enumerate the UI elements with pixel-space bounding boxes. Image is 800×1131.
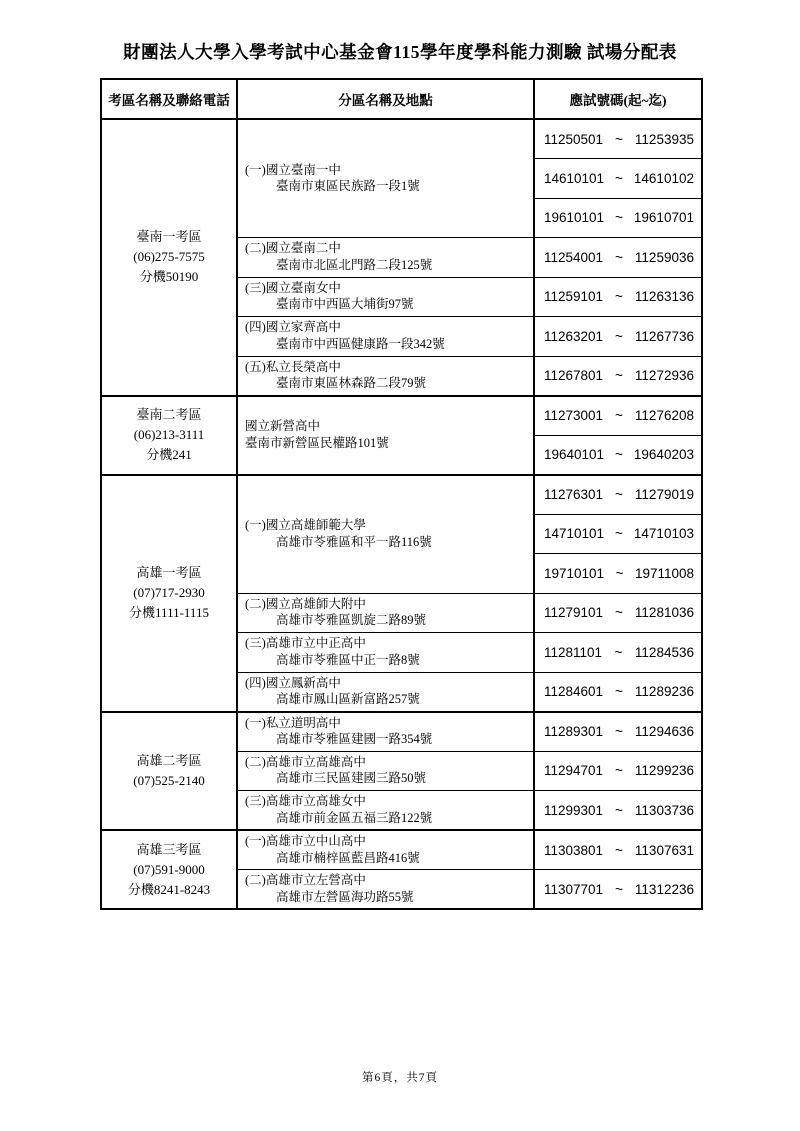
range-cell: 11254001~11259036 xyxy=(534,238,702,278)
range-wrap: 11263201~11267736 xyxy=(535,329,701,344)
range-wrap: 11276301~11279019 xyxy=(535,487,701,502)
allocation-table-body: 臺南一考區(06)275-7575分機50190(一)國立臺南一中臺南市東區民族… xyxy=(101,119,702,909)
venue-cell: (三)高雄市立中正高中高雄市苓雅區中正一路8號 xyxy=(237,633,534,673)
range-tilde: ~ xyxy=(615,724,623,739)
venue-address: 高雄市左營區海功路55號 xyxy=(245,889,529,906)
range-start: 11289301 xyxy=(544,724,603,739)
district-name: 高雄二考區 xyxy=(102,751,236,771)
venue-name: (二)國立高雄師大附中 xyxy=(245,596,529,613)
range-tilde: ~ xyxy=(615,763,623,778)
venue-name: (一)國立高雄師範大學 xyxy=(245,517,529,534)
range-start: 11279101 xyxy=(544,605,603,620)
range-cell: 11294701~11299236 xyxy=(534,751,702,791)
range-cell: 11289301~11294636 xyxy=(534,712,702,752)
venue-name: (二)國立臺南二中 xyxy=(245,240,529,257)
range-tilde: ~ xyxy=(615,605,623,620)
range-start: 19640101 xyxy=(544,447,604,462)
range-start: 11303801 xyxy=(544,843,603,858)
range-cell: 11279101~11281036 xyxy=(534,593,702,633)
range-end: 11253935 xyxy=(635,132,694,147)
range-cell: 11259101~11263136 xyxy=(534,277,702,317)
venue-address: 臺南市北區北門路二段125號 xyxy=(245,257,529,274)
range-cell: 11250501~11253935 xyxy=(534,119,702,159)
range-wrap: 11267801~11272936 xyxy=(535,368,701,383)
range-end: 11272936 xyxy=(635,368,694,383)
venue-name: (三)高雄市立高雄女中 xyxy=(245,793,529,810)
range-tilde: ~ xyxy=(615,408,623,423)
district-name: 臺南二考區 xyxy=(102,405,236,425)
range-wrap: 11250501~11253935 xyxy=(535,132,701,147)
range-cell: 11273001~11276208 xyxy=(534,396,702,436)
range-tilde: ~ xyxy=(615,803,623,818)
venue-address: 高雄市苓雅區凱旋二路89號 xyxy=(245,612,529,629)
venue-name: (三)高雄市立中正高中 xyxy=(245,635,529,652)
range-cell: 11281101~11284536 xyxy=(534,633,702,673)
venue-cell: (二)國立臺南二中臺南市北區北門路二段125號 xyxy=(237,238,534,278)
range-end: 11267736 xyxy=(635,329,694,344)
range-tilde: ~ xyxy=(615,843,623,858)
table-row: 高雄一考區(07)717-2930分機1111-1115(一)國立高雄師範大學高… xyxy=(101,475,702,515)
venue-name: 國立新營高中 xyxy=(245,418,529,435)
range-wrap: 19610101~19610701 xyxy=(535,210,701,225)
range-start: 19610101 xyxy=(544,210,604,225)
page-footer: 第6頁，共7頁 xyxy=(0,1069,800,1085)
venue-cell: (二)國立高雄師大附中高雄市苓雅區凱旋二路89號 xyxy=(237,593,534,633)
venue-address: 高雄市鳳山區新富路257號 xyxy=(245,691,529,708)
district-phone: (07)717-2930 xyxy=(102,583,236,603)
district-phone: (06)275-7575 xyxy=(102,247,236,267)
range-end: 11284536 xyxy=(635,645,694,660)
range-cell: 19610101~19610701 xyxy=(534,198,702,238)
range-start: 11281101 xyxy=(544,645,602,660)
range-end: 19640203 xyxy=(634,447,694,462)
range-wrap: 11289301~11294636 xyxy=(535,724,701,739)
range-tilde: ~ xyxy=(615,645,623,660)
range-start: 11284601 xyxy=(544,684,603,699)
range-end: 11299236 xyxy=(635,763,694,778)
range-start: 11273001 xyxy=(544,408,603,423)
range-tilde: ~ xyxy=(615,882,623,897)
range-end: 11294636 xyxy=(635,724,694,739)
range-tilde: ~ xyxy=(615,132,623,147)
range-wrap: 11279101~11281036 xyxy=(535,605,701,620)
range-tilde: ~ xyxy=(615,210,623,225)
range-end: 11263136 xyxy=(635,289,694,304)
range-tilde: ~ xyxy=(615,289,623,304)
district-extension: 分機1111-1115 xyxy=(102,603,236,623)
venue-name: (三)國立臺南女中 xyxy=(245,280,529,297)
district-name: 高雄三考區 xyxy=(102,840,236,860)
header-cell-district: 考區名稱及聯絡電話 xyxy=(101,79,237,119)
district-phone: (07)591-9000 xyxy=(102,860,236,880)
venue-cell: (五)私立長榮高中臺南市東區林森路二段79號 xyxy=(237,356,534,396)
venue-address: 臺南市東區民族路一段1號 xyxy=(245,178,529,195)
header-cell-numbers: 應試號碼(起~迄) xyxy=(534,79,702,119)
range-tilde: ~ xyxy=(615,684,623,699)
venue-name: (一)私立道明高中 xyxy=(245,715,529,732)
venue-cell: (四)國立鳳新高中高雄市鳳山區新富路257號 xyxy=(237,672,534,712)
range-tilde: ~ xyxy=(615,447,623,462)
range-wrap: 11281101~11284536 xyxy=(535,645,701,660)
header-cell-venue: 分區名稱及地點 xyxy=(237,79,534,119)
district-phone: (07)525-2140 xyxy=(102,771,236,791)
range-end: 11276208 xyxy=(635,408,694,423)
range-start: 11250501 xyxy=(544,132,603,147)
range-wrap: 11307701~11312236 xyxy=(535,882,701,897)
range-cell: 11276301~11279019 xyxy=(534,475,702,515)
district-cell: 高雄一考區(07)717-2930分機1111-1115 xyxy=(101,475,237,712)
range-wrap: 11299301~11303736 xyxy=(535,803,701,818)
range-end: 11281036 xyxy=(635,605,694,620)
range-start: 14610101 xyxy=(544,171,604,186)
range-cell: 19640101~19640203 xyxy=(534,435,702,475)
range-end: 11307631 xyxy=(635,843,694,858)
venue-address: 臺南市中西區健康路一段342號 xyxy=(245,336,529,353)
range-wrap: 11259101~11263136 xyxy=(535,289,701,304)
district-name: 臺南一考區 xyxy=(102,227,236,247)
range-wrap: 11294701~11299236 xyxy=(535,763,701,778)
range-cell: 14710101~14710103 xyxy=(534,514,702,554)
table-row: 臺南一考區(06)275-7575分機50190(一)國立臺南一中臺南市東區民族… xyxy=(101,119,702,159)
venue-name: (一)高雄市立中山高中 xyxy=(245,833,529,850)
venue-address: 高雄市苓雅區中正一路8號 xyxy=(245,652,529,669)
venue-address: 高雄市苓雅區建國一路354號 xyxy=(245,731,529,748)
range-start: 11294701 xyxy=(544,763,603,778)
range-tilde: ~ xyxy=(615,487,623,502)
range-end: 11259036 xyxy=(635,250,694,265)
range-wrap: 14710101~14710103 xyxy=(535,526,701,541)
venue-address: 高雄市前金區五福三路122號 xyxy=(245,810,529,827)
venue-address: 高雄市苓雅區和平一路116號 xyxy=(245,534,529,551)
range-cell: 11303801~11307631 xyxy=(534,830,702,870)
range-end: 19711008 xyxy=(635,566,694,581)
district-cell: 臺南一考區(06)275-7575分機50190 xyxy=(101,119,237,396)
venue-cell: 國立新營高中臺南市新營區民權路101號 xyxy=(237,396,534,475)
range-tilde: ~ xyxy=(615,250,623,265)
range-tilde: ~ xyxy=(615,526,623,541)
venue-name: (五)私立長榮高中 xyxy=(245,359,529,376)
venue-address: 臺南市東區林森路二段79號 xyxy=(245,375,529,392)
venue-cell: (二)高雄市立高雄高中高雄市三民區建國三路50號 xyxy=(237,751,534,791)
range-end: 19610701 xyxy=(634,210,694,225)
page-container: 財團法人大學入學考試中心基金會115學年度學科能力測驗 試場分配表 考區名稱及聯… xyxy=(0,0,800,1131)
range-wrap: 14610101~14610102 xyxy=(535,171,701,186)
venue-cell: (三)高雄市立高雄女中高雄市前金區五福三路122號 xyxy=(237,791,534,831)
range-end: 14610102 xyxy=(634,171,694,186)
table-row: 高雄二考區(07)525-2140(一)私立道明高中高雄市苓雅區建國一路354號… xyxy=(101,712,702,752)
district-phone: (06)213-3111 xyxy=(102,425,236,445)
range-wrap: 19640101~19640203 xyxy=(535,447,701,462)
table-row: 臺南二考區(06)213-3111分機241國立新營高中臺南市新營區民權路101… xyxy=(101,396,702,436)
venue-cell: (一)國立臺南一中臺南市東區民族路一段1號 xyxy=(237,119,534,238)
range-cell: 14610101~14610102 xyxy=(534,159,702,199)
range-cell: 19710101~19711008 xyxy=(534,554,702,594)
district-extension: 分機8241-8243 xyxy=(102,880,236,900)
range-start: 11307701 xyxy=(544,882,603,897)
range-cell: 11307701~11312236 xyxy=(534,870,702,910)
range-end: 11303736 xyxy=(635,803,694,818)
range-start: 11263201 xyxy=(544,329,603,344)
district-name: 高雄一考區 xyxy=(102,563,236,583)
table-row: 高雄三考區(07)591-9000分機8241-8243(一)高雄市立中山高中高… xyxy=(101,830,702,870)
range-start: 19710101 xyxy=(544,566,604,581)
venue-cell: (三)國立臺南女中臺南市中西區大埔街97號 xyxy=(237,277,534,317)
venue-cell: (一)高雄市立中山高中高雄市楠梓區藍昌路416號 xyxy=(237,830,534,870)
district-extension: 分機50190 xyxy=(102,267,236,287)
range-start: 11259101 xyxy=(544,289,603,304)
venue-name: (二)高雄市立高雄高中 xyxy=(245,754,529,771)
range-tilde: ~ xyxy=(615,368,623,383)
venue-name: (四)國立家齊高中 xyxy=(245,319,529,336)
range-tilde: ~ xyxy=(615,329,623,344)
range-end: 11279019 xyxy=(635,487,694,502)
range-tilde: ~ xyxy=(615,171,623,186)
range-start: 11299301 xyxy=(544,803,603,818)
range-wrap: 11303801~11307631 xyxy=(535,843,701,858)
range-cell: 11284601~11289236 xyxy=(534,672,702,712)
venue-cell: (二)高雄市立左營高中高雄市左營區海功路55號 xyxy=(237,870,534,910)
venue-name: (四)國立鳳新高中 xyxy=(245,675,529,692)
document-title: 財團法人大學入學考試中心基金會115學年度學科能力測驗 試場分配表 xyxy=(0,39,800,64)
range-cell: 11267801~11272936 xyxy=(534,356,702,396)
range-wrap: 11254001~11259036 xyxy=(535,250,701,265)
range-end: 11312236 xyxy=(635,882,694,897)
district-extension: 分機241 xyxy=(102,445,236,465)
range-end: 11289236 xyxy=(635,684,694,699)
venue-address: 高雄市楠梓區藍昌路416號 xyxy=(245,850,529,867)
range-wrap: 11273001~11276208 xyxy=(535,408,701,423)
range-wrap: 11284601~11289236 xyxy=(535,684,701,699)
district-cell: 高雄二考區(07)525-2140 xyxy=(101,712,237,831)
range-wrap: 19710101~19711008 xyxy=(535,566,701,581)
range-start: 11267801 xyxy=(544,368,603,383)
venue-address: 臺南市新營區民權路101號 xyxy=(245,435,529,452)
exam-allocation-table: 考區名稱及聯絡電話 分區名稱及地點 應試號碼(起~迄) 臺南一考區(06)275… xyxy=(100,78,703,910)
range-cell: 11299301~11303736 xyxy=(534,791,702,831)
venue-address: 臺南市中西區大埔街97號 xyxy=(245,296,529,313)
district-cell: 高雄三考區(07)591-9000分機8241-8243 xyxy=(101,830,237,909)
venue-name: (一)國立臺南一中 xyxy=(245,162,529,179)
range-start: 11254001 xyxy=(544,250,603,265)
range-tilde: ~ xyxy=(616,566,624,581)
venue-cell: (一)私立道明高中高雄市苓雅區建國一路354號 xyxy=(237,712,534,752)
range-end: 14710103 xyxy=(634,526,694,541)
range-start: 11276301 xyxy=(544,487,603,502)
range-start: 14710101 xyxy=(544,526,604,541)
venue-name: (二)高雄市立左營高中 xyxy=(245,872,529,889)
range-cell: 11263201~11267736 xyxy=(534,317,702,357)
venue-cell: (一)國立高雄師範大學高雄市苓雅區和平一路116號 xyxy=(237,475,534,594)
venue-cell: (四)國立家齊高中臺南市中西區健康路一段342號 xyxy=(237,317,534,357)
district-cell: 臺南二考區(06)213-3111分機241 xyxy=(101,396,237,475)
venue-address: 高雄市三民區建國三路50號 xyxy=(245,770,529,787)
table-header-row: 考區名稱及聯絡電話 分區名稱及地點 應試號碼(起~迄) xyxy=(101,79,702,119)
